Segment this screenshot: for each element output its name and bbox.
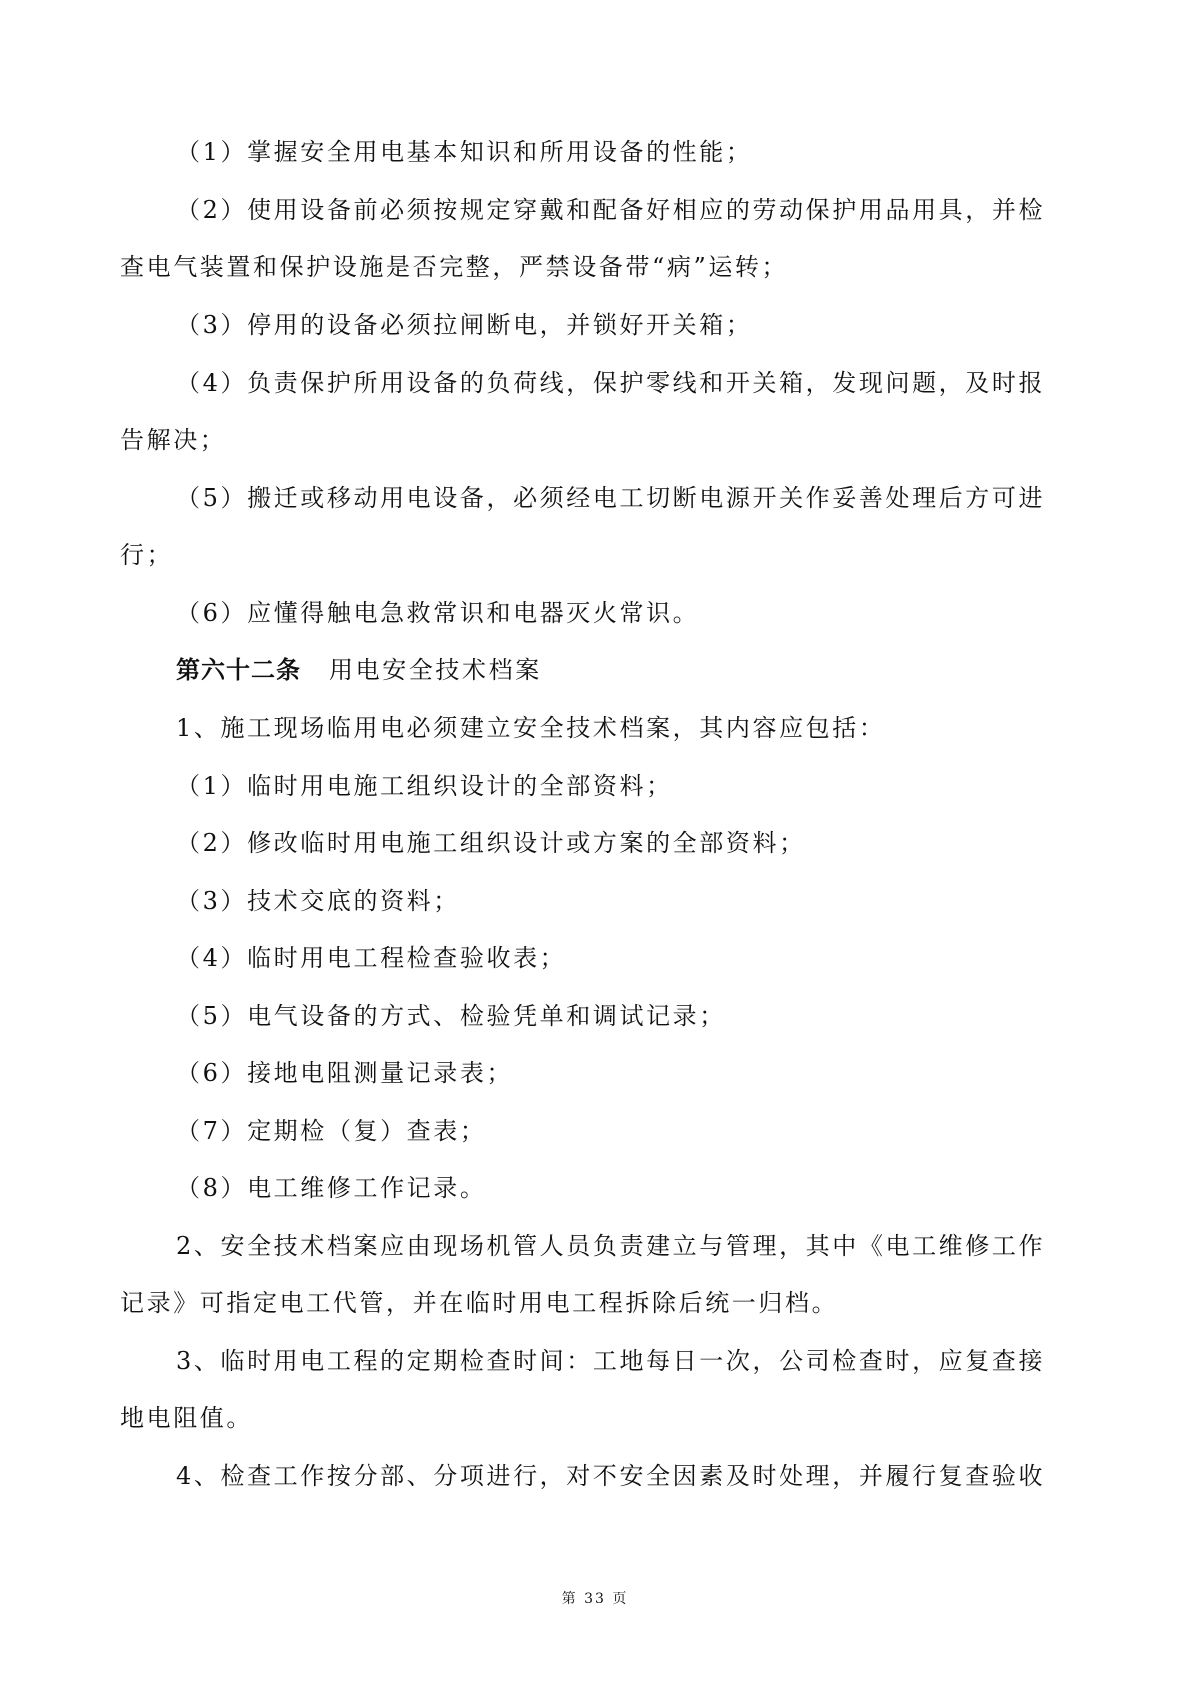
paragraph: 4、检查工作按分部、分项进行，对不安全因素及时处理，并履行复查验收 bbox=[176, 1461, 1136, 1491]
list-item-continuation: 查电气装置和保护设施是否完整，严禁设备带“病”运转； bbox=[120, 252, 1080, 282]
list-item: （3）停用的设备必须拉闸断电，并锁好开关箱； bbox=[176, 310, 1136, 340]
list-item: （2）修改临时用电施工组织设计或方案的全部资料； bbox=[176, 828, 1136, 858]
article-number: 第六十二条 bbox=[176, 655, 301, 684]
list-item: （5）搬迁或移动用电设备，必须经电工切断电源开关作妥善处理后方可进 bbox=[176, 483, 1136, 513]
paragraph: 2、安全技术档案应由现场机管人员负责建立与管理，其中《电工维修工作 bbox=[176, 1231, 1136, 1261]
paragraph-continuation: 地电阻值。 bbox=[120, 1403, 1080, 1433]
list-item: （2）使用设备前必须按规定穿戴和配备好相应的劳动保护用品用具，并检 bbox=[176, 195, 1136, 225]
list-item: （6）应懂得触电急救常识和电器灭火常识。 bbox=[176, 598, 1136, 628]
list-item-continuation: 告解决； bbox=[120, 425, 1080, 455]
paragraph-continuation: 记录》可指定电工代管，并在临时用电工程拆除后统一归档。 bbox=[120, 1288, 1080, 1318]
list-item: （1）临时用电施工组织设计的全部资料； bbox=[176, 771, 1136, 801]
article-title: 用电安全技术档案 bbox=[329, 656, 542, 684]
list-item: （8）电工维修工作记录。 bbox=[176, 1173, 1136, 1203]
list-item-continuation: 行； bbox=[120, 540, 1080, 570]
page-number: 第 33 页 bbox=[0, 1588, 1190, 1608]
list-item: （1）掌握安全用电基本知识和所用设备的性能； bbox=[176, 137, 1136, 167]
paragraph: 3、临时用电工程的定期检查时间：工地每日一次，公司检查时，应复查接 bbox=[176, 1346, 1136, 1376]
list-item: （7）定期检（复）查表； bbox=[176, 1116, 1136, 1146]
section-intro: 1、施工现场临用电必须建立安全技术档案，其内容应包括： bbox=[176, 713, 1136, 743]
list-item: （4）临时用电工程检查验收表； bbox=[176, 943, 1136, 973]
list-item: （6）接地电阻测量记录表； bbox=[176, 1058, 1136, 1088]
document-page: （1）掌握安全用电基本知识和所用设备的性能； （2）使用设备前必须按规定穿戴和配… bbox=[0, 0, 1190, 1683]
list-item: （4）负责保护所用设备的负荷线，保护零线和开关箱，发现问题，及时报 bbox=[176, 368, 1136, 398]
article-heading: 第六十二条用电安全技术档案 bbox=[176, 655, 1136, 685]
list-item: （5）电气设备的方式、检验凭单和调试记录； bbox=[176, 1001, 1136, 1031]
list-item: （3）技术交底的资料； bbox=[176, 886, 1136, 916]
